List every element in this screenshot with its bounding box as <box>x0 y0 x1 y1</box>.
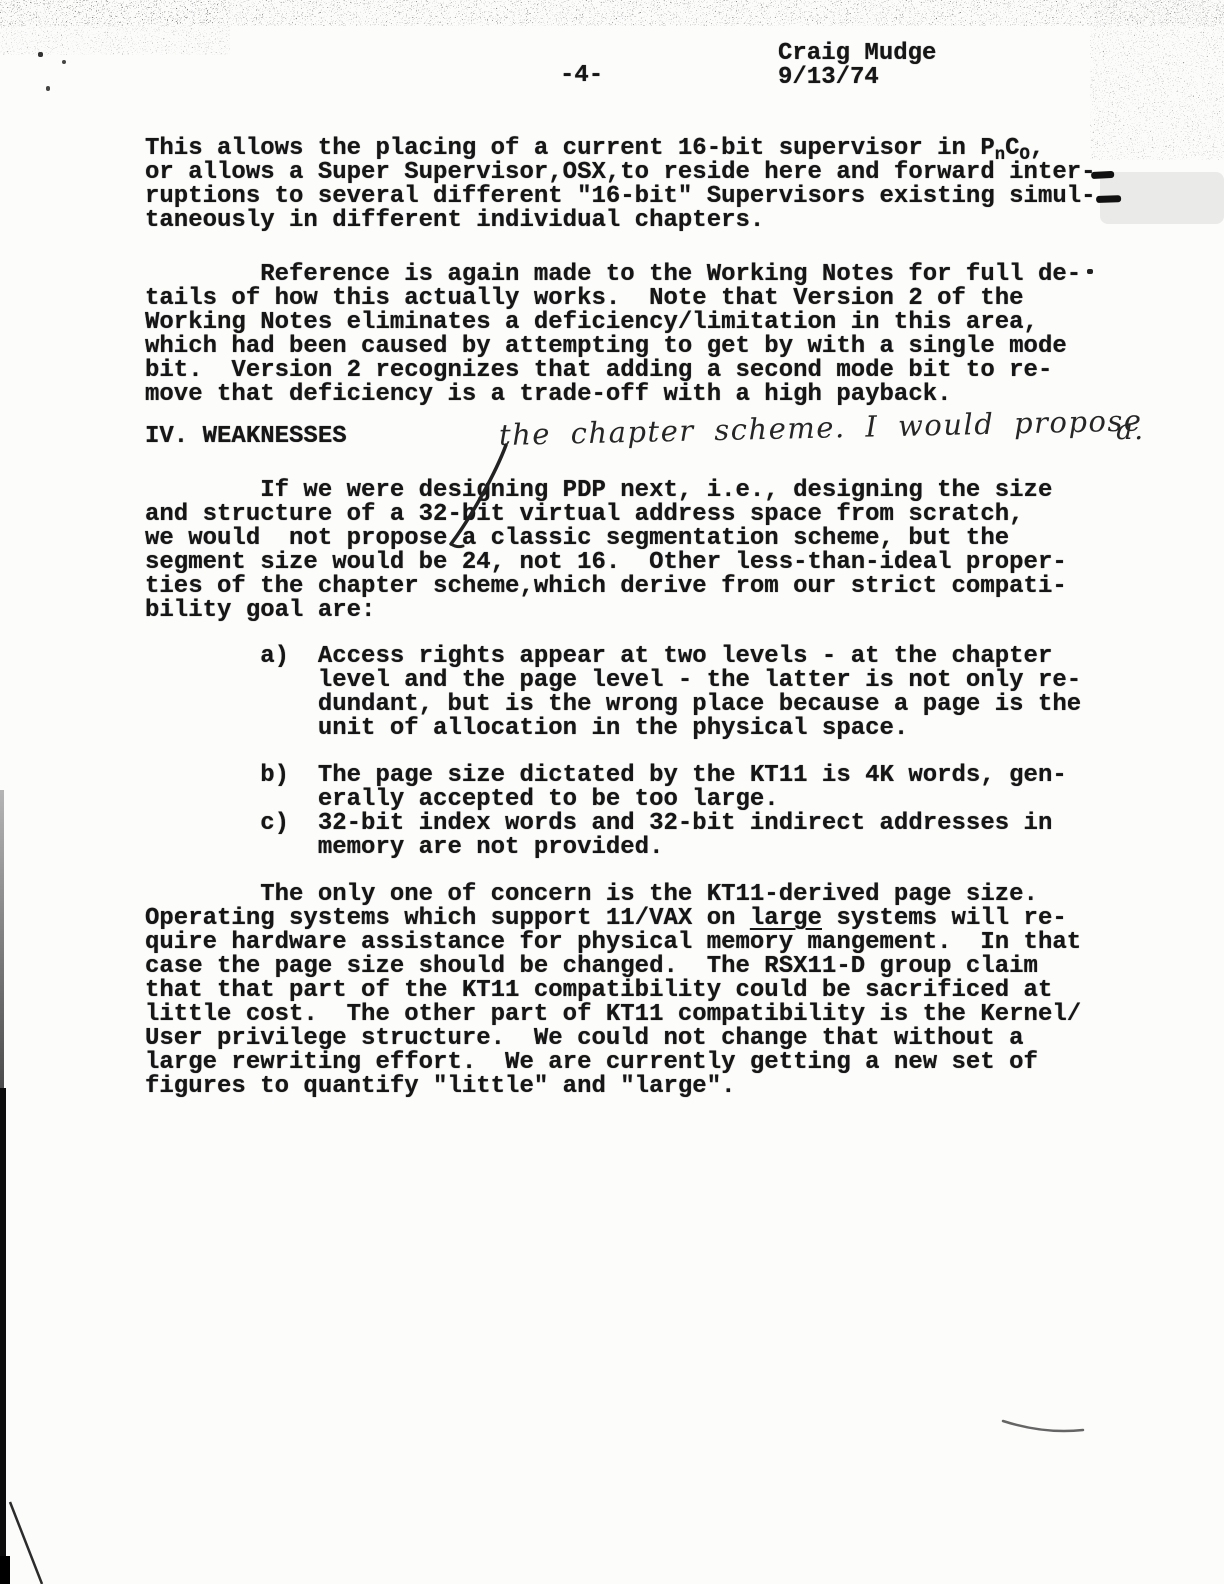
paragraph-4-line: User privilege structure. We could not c… <box>145 1027 1081 1051</box>
paragraph-4-line: Operating systems which support 11/VAX o… <box>145 907 1081 931</box>
paragraph-4-line: The only one of concern is the KT11-deri… <box>145 883 1081 907</box>
paragraph-4: The only one of concern is the KT11-deri… <box>145 883 1081 1099</box>
paragraph-3-line: segment size would be 24, not 16. Other … <box>145 551 1067 575</box>
paragraph-2: Reference is again made to the Working N… <box>145 263 1081 407</box>
paragraph-2-line: Reference is again made to the Working N… <box>145 263 1081 287</box>
paragraph-3-line: and structure of a 32-bit virtual addres… <box>145 503 1067 527</box>
list-item-c-line: memory are not provided. <box>145 836 1052 860</box>
paragraph-2-line: move that deficiency is a trade-off with… <box>145 383 1081 407</box>
paragraph-4-line: figures to quantify "little" and "large"… <box>145 1075 1081 1099</box>
list-item-b-line: b) The page size dictated by the KT11 is… <box>145 764 1067 788</box>
scan-corner-mark <box>0 1556 10 1584</box>
scan-left-edge-band-dark <box>0 1088 6 1584</box>
list-item-c-line: c) 32-bit index words and 32-bit indirec… <box>145 812 1052 836</box>
paragraph-3: If we were designing PDP next, i.e., des… <box>145 479 1067 623</box>
right-edge-noise <box>1140 0 1224 1584</box>
handwritten-insertion-tail: a. <box>1116 415 1145 445</box>
paragraph-3-line: we would not propose a classic segmentat… <box>145 527 1067 551</box>
paragraph-3-line: ties of the chapter scheme,which derive … <box>145 575 1067 599</box>
paragraph-1-line: ruptions to several different "16-bit" S… <box>145 185 1096 209</box>
list-item-a-line: unit of allocation in the physical space… <box>145 717 1081 741</box>
bottom-left-scratch <box>10 1502 42 1584</box>
paragraph-4-line: little cost. The other part of KT11 comp… <box>145 1003 1081 1027</box>
paragraph-4-line: large rewriting effort. We are currently… <box>145 1051 1081 1075</box>
stray-dot-mark <box>46 86 50 91</box>
list-item-b-line: erally accepted to be too large. <box>145 788 1067 812</box>
paragraph-3-line: bility goal are: <box>145 599 1067 623</box>
list-item-c: c) 32-bit index words and 32-bit indirec… <box>145 812 1052 860</box>
paragraph-2-line: bit. Version 2 recognizes that adding a … <box>145 359 1081 383</box>
stray-dot-mark <box>62 60 66 64</box>
list-item-a: a) Access rights appear at two levels - … <box>145 645 1081 741</box>
typed-text-layer: This allows the placing of a current 16-… <box>145 0 1145 1584</box>
paragraph-1-line: or allows a Super Supervisor,OSX,to resi… <box>145 161 1096 185</box>
scan-left-edge-band <box>0 790 4 1090</box>
paragraph-1-line: taneously in different individual chapte… <box>145 209 1096 233</box>
paragraph-4-line: quire hardware assistance for physical m… <box>145 931 1081 955</box>
paragraph-2-line: Working Notes eliminates a deficiency/li… <box>145 311 1081 335</box>
paragraph-1: This allows the placing of a current 16-… <box>145 137 1096 233</box>
paragraph-3-line: If we were designing PDP next, i.e., des… <box>145 479 1067 503</box>
heading-weaknesses: IV. WEAKNESSES <box>145 425 347 449</box>
paragraph-1-line: This allows the placing of a current 16-… <box>145 137 1096 161</box>
list-item-a-line: level and the page level - the latter is… <box>145 669 1081 693</box>
paragraph-4-line: that that part of the KT11 compatibility… <box>145 979 1081 1003</box>
heading-weaknesses-line: IV. WEAKNESSES <box>145 425 347 449</box>
list-item-a-line: a) Access rights appear at two levels - … <box>145 645 1081 669</box>
paragraph-2-line: tails of how this actually works. Note t… <box>145 287 1081 311</box>
stray-dot-mark <box>38 52 43 57</box>
scanned-memo-page: Craig Mudge 9/13/74 -4- This allows the … <box>0 0 1224 1584</box>
paragraph-2-line: which had been caused by attempting to g… <box>145 335 1081 359</box>
list-item-a-line: dundant, but is the wrong place because … <box>145 693 1081 717</box>
list-item-b: b) The page size dictated by the KT11 is… <box>145 764 1067 812</box>
paragraph-4-line: case the page size should be changed. Th… <box>145 955 1081 979</box>
